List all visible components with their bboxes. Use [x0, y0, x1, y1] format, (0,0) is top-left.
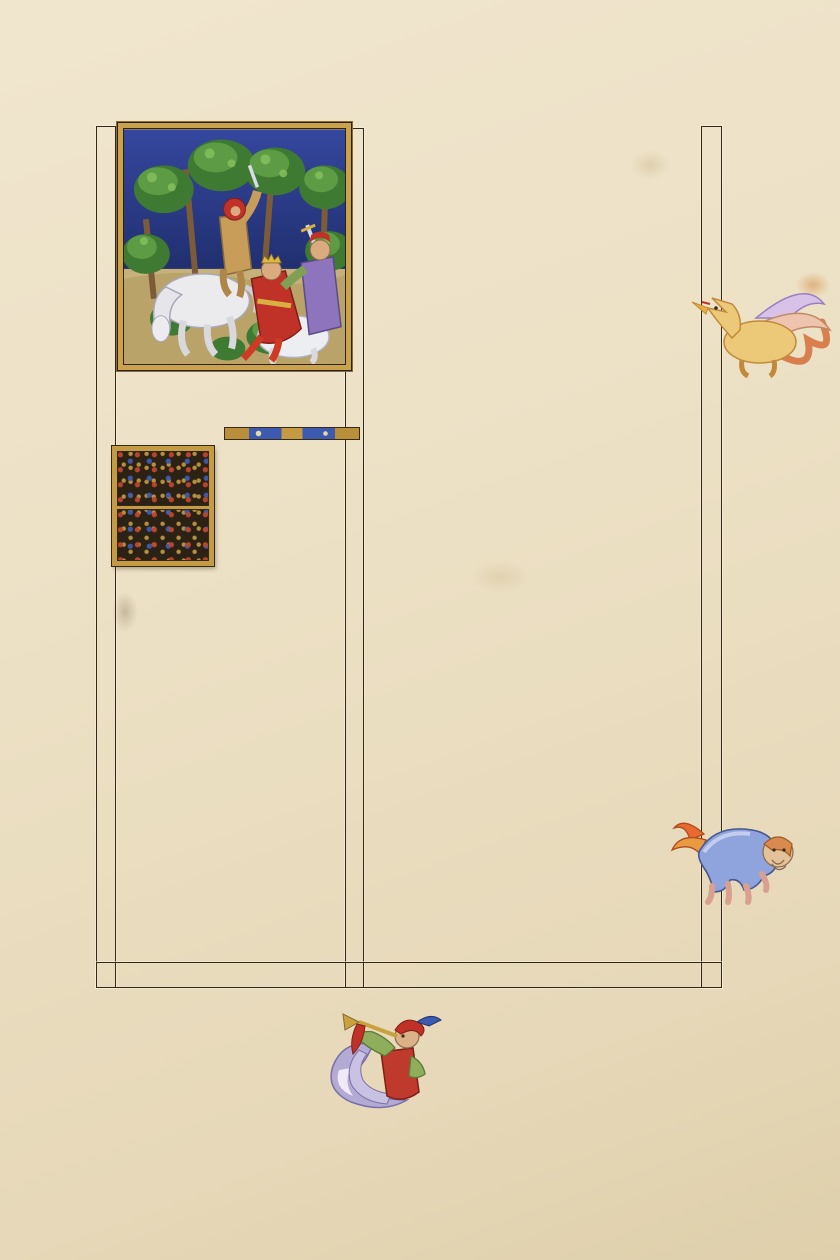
decorated-initial	[112, 446, 214, 566]
bar-border-bottom	[96, 962, 722, 988]
stain	[796, 272, 830, 298]
initial-letter	[117, 451, 209, 561]
stain	[470, 560, 530, 594]
stain	[630, 150, 670, 180]
rubric-line-filler	[224, 427, 360, 440]
miniature-scene	[124, 129, 345, 364]
dragon-grotesque-lower	[660, 798, 806, 910]
manuscript-page	[0, 0, 840, 1260]
trumpeter-grotesque	[303, 996, 455, 1118]
miniature-painting	[117, 122, 352, 371]
bar-border-right	[701, 126, 722, 988]
